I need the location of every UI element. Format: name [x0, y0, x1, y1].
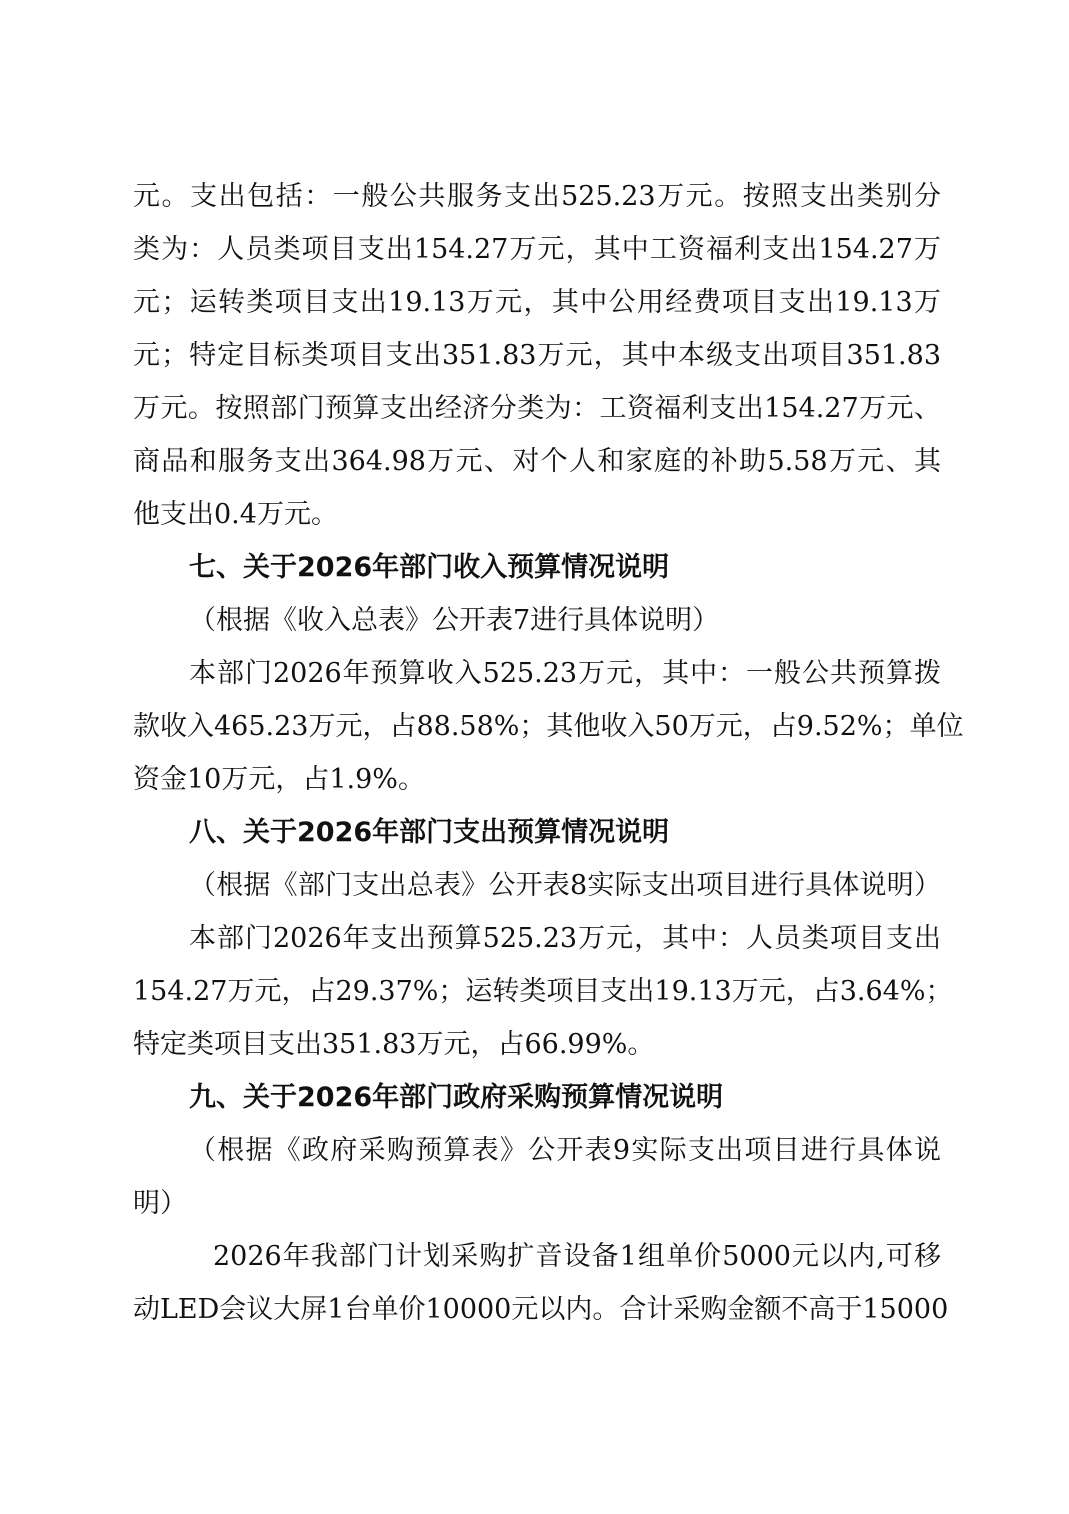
paragraph-line: 资金10万元，占1.9%。: [133, 753, 941, 806]
paragraph-line: 154.27万元，占29.37%；运转类项目支出19.13万元，占3.64%；: [133, 965, 941, 1018]
paragraph-line: 万元。按照部门预算支出经济分类为：工资福利支出154.27万元、: [133, 382, 941, 435]
section-income-budget: 七、关于2026年部门收入预算情况说明 （根据《收入总表》公开表7进行具体说明）…: [133, 541, 941, 806]
paragraph-line: 元。支出包括：一般公共服务支出525.23万元。按照支出类别分: [133, 170, 941, 223]
paragraph-line: 本部门2026年预算收入525.23万元，其中：一般公共预算拨: [133, 647, 941, 700]
paragraph-line: 2026年我部门计划采购扩音设备1组单价5000元以内,可移: [133, 1230, 941, 1283]
section-expenditure-budget: 八、关于2026年部门支出预算情况说明 （根据《部门支出总表》公开表8实际支出项…: [133, 806, 941, 1071]
section-note: （根据《收入总表》公开表7进行具体说明）: [133, 594, 941, 647]
section-note: （根据《政府采购预算表》公开表9实际支出项目进行具体说: [133, 1124, 941, 1177]
paragraph-line: 商品和服务支出364.98万元、对个人和家庭的补助5.58万元、其: [133, 435, 941, 488]
paragraph-line: 本部门2026年支出预算525.23万元，其中：人员类项目支出: [133, 912, 941, 965]
section-heading: 七、关于2026年部门收入预算情况说明: [133, 541, 941, 594]
paragraph-line: 特定类项目支出351.83万元，占66.99%。: [133, 1018, 941, 1071]
continuation-paragraph: 元。支出包括：一般公共服务支出525.23万元。按照支出类别分 类为：人员类项目…: [133, 170, 941, 541]
section-heading: 八、关于2026年部门支出预算情况说明: [133, 806, 941, 859]
section-note: 明）: [133, 1177, 941, 1230]
paragraph-line: 他支出0.4万元。: [133, 488, 941, 541]
document-page: 元。支出包括：一般公共服务支出525.23万元。按照支出类别分 类为：人员类项目…: [133, 170, 941, 1336]
section-procurement-budget: 九、关于2026年部门政府采购预算情况说明 （根据《政府采购预算表》公开表9实际…: [133, 1071, 941, 1336]
paragraph-line: 类为：人员类项目支出154.27万元，其中工资福利支出154.27万: [133, 223, 941, 276]
paragraph-line: 元；运转类项目支出19.13万元，其中公用经费项目支出19.13万: [133, 276, 941, 329]
section-note: （根据《部门支出总表》公开表8实际支出项目进行具体说明）: [133, 859, 941, 912]
paragraph-line: 款收入465.23万元，占88.58%；其他收入50万元，占9.52%；单位: [133, 700, 941, 753]
section-heading: 九、关于2026年部门政府采购预算情况说明: [133, 1071, 941, 1124]
paragraph-line: 元；特定目标类项目支出351.83万元，其中本级支出项目351.83: [133, 329, 941, 382]
paragraph-line: 动LED会议大屏1台单价10000元以内。合计采购金额不高于15000: [133, 1283, 941, 1336]
